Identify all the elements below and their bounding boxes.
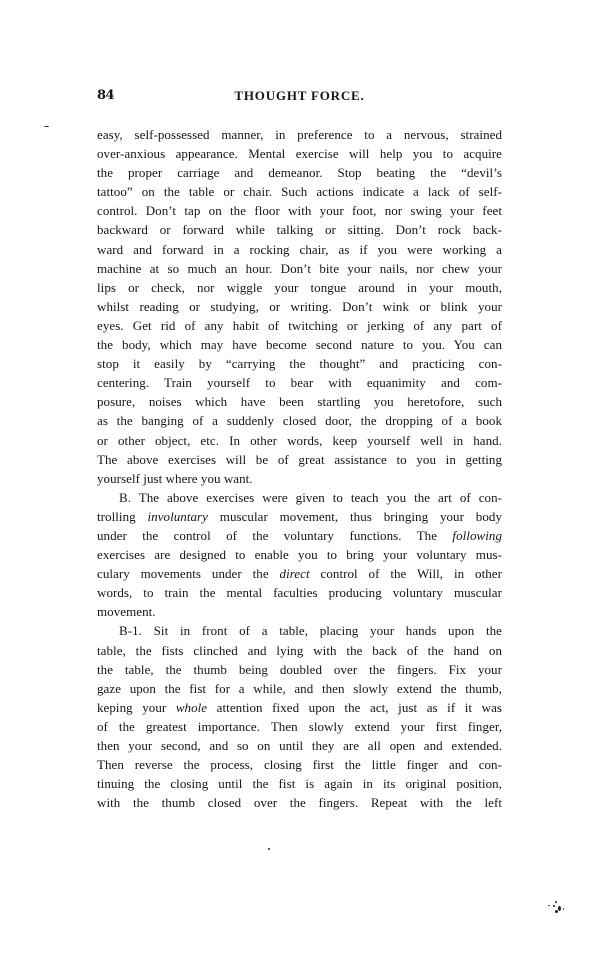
scan-artifact bbox=[545, 895, 565, 915]
text-run: keping your bbox=[97, 700, 176, 715]
text-line: centering. Train yourself to bear with e… bbox=[97, 373, 502, 392]
text-line: control. Don’t tap on the floor with you… bbox=[97, 201, 502, 220]
text-line: easy, self-possessed manner, in preferen… bbox=[97, 125, 502, 144]
text-run: trolling bbox=[97, 509, 147, 524]
scan-speck bbox=[268, 848, 270, 850]
emphasis: involuntary bbox=[147, 509, 208, 524]
text-line: machine at so much an hour. Don’t bite y… bbox=[97, 259, 502, 278]
text-line: lips or check, nor wiggle your tongue ar… bbox=[97, 278, 502, 297]
text-run: muscular movement, thus bringing your bo… bbox=[208, 509, 502, 524]
text-line: eyes. Get rid of any habit of twitching … bbox=[97, 316, 502, 335]
text-line: ward and forward in a rocking chair, as … bbox=[97, 240, 502, 259]
text-line: gaze upon the fist for a while, and then… bbox=[97, 679, 502, 698]
scan-speck bbox=[44, 126, 49, 127]
text-run: under the control of the voluntary funct… bbox=[97, 528, 452, 543]
text-line: culary movements under the direct contro… bbox=[97, 564, 502, 583]
text-run: culary movements under the bbox=[97, 566, 280, 581]
text-line: trolling involuntary muscular movement, … bbox=[97, 507, 502, 526]
emphasis: following bbox=[452, 528, 502, 543]
text-line: over-anxious appearance. Mental exercise… bbox=[97, 144, 502, 163]
text-run: attention fixed upon the act, just as if… bbox=[207, 700, 502, 715]
page-header: 84 THOUGHT FORCE. bbox=[97, 88, 502, 108]
running-title: THOUGHT FORCE. bbox=[97, 88, 502, 104]
emphasis: whole bbox=[176, 700, 207, 715]
text-line: B. The above exercises were given to tea… bbox=[97, 488, 502, 507]
text-line: table, the fists clinched and lying with… bbox=[97, 641, 502, 660]
emphasis: direct bbox=[280, 566, 310, 581]
text-line: of the greatest importance. Then slowly … bbox=[97, 717, 502, 736]
text-line: posure, noises which have been startling… bbox=[97, 392, 502, 411]
text-line: then your second, and so on until they a… bbox=[97, 736, 502, 755]
body-text: easy, self-possessed manner, in preferen… bbox=[97, 125, 502, 812]
text-line: backward or forward while talking or sit… bbox=[97, 220, 502, 239]
text-line: movement. bbox=[97, 602, 502, 621]
text-line: words, to train the mental faculties pro… bbox=[97, 583, 502, 602]
text-line: or other object, etc. In other words, ke… bbox=[97, 431, 502, 450]
section-label: B. The above exercises were given to tea… bbox=[119, 490, 502, 505]
text-line: Then reverse the process, closing first … bbox=[97, 755, 502, 774]
text-line: exercises are designed to enable you to … bbox=[97, 545, 502, 564]
text-line: with the thumb closed over the fingers. … bbox=[97, 793, 502, 812]
book-page: 84 THOUGHT FORCE. easy, self-possessed m… bbox=[0, 0, 600, 978]
text-line: yourself just where you want. bbox=[97, 469, 502, 488]
text-line: the table, the thumb being doubled over … bbox=[97, 660, 502, 679]
text-line: the proper carriage and demeanor. Stop b… bbox=[97, 163, 502, 182]
text-line: as the banging of a suddenly closed door… bbox=[97, 411, 502, 430]
text-line: keping your whole attention fixed upon t… bbox=[97, 698, 502, 717]
text-line: tinuing the closing until the fist is ag… bbox=[97, 774, 502, 793]
text-line: whilst reading or studying, or writing. … bbox=[97, 297, 502, 316]
text-line: the body, which may have become second n… bbox=[97, 335, 502, 354]
text-line: B-1. Sit in front of a table, placing yo… bbox=[97, 621, 502, 640]
text-run: control of the Will, in other bbox=[310, 566, 502, 581]
text-line: tattoo” on the table or chair. Such acti… bbox=[97, 182, 502, 201]
text-line: The above exercises will be of great ass… bbox=[97, 450, 502, 469]
text-line: stop it easily by “carrying the thought”… bbox=[97, 354, 502, 373]
text-line: under the control of the voluntary funct… bbox=[97, 526, 502, 545]
